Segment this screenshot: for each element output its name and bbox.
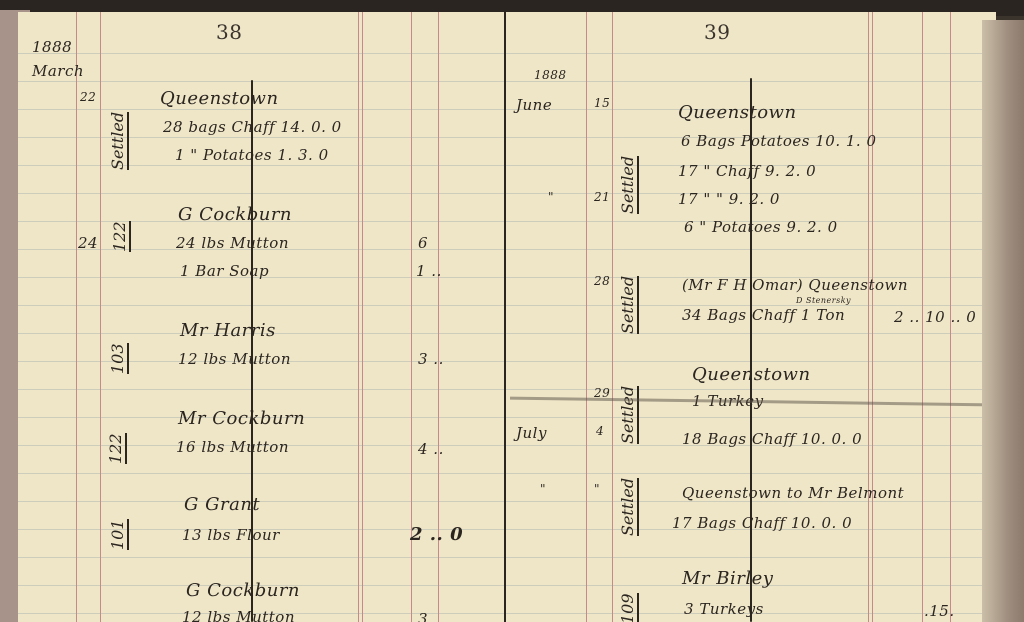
item-amount: 3 .. <box>418 350 444 368</box>
item-line: 12 lbs Mutton <box>182 608 295 622</box>
customer-name: G Grant <box>184 494 260 515</box>
pencil-line <box>750 78 752 622</box>
item-line: 6 " Potatoes 9. 2. 0 <box>684 218 838 236</box>
customer-name: Mr Cockburn <box>178 408 305 429</box>
item-amount: 2 .. 0 <box>410 524 463 545</box>
margin-rule <box>612 12 613 622</box>
customer-name: G Cockburn <box>186 580 300 601</box>
settled-stamp: Settled <box>618 478 639 536</box>
item-line: 18 Bags Chaff 10. 0. 0 <box>682 430 862 448</box>
item-line: 13 lbs Flour <box>182 526 280 544</box>
year: 1888 <box>534 68 567 82</box>
settled-stamp: Settled <box>618 156 639 214</box>
margin-rule <box>76 12 77 622</box>
item-line: 16 lbs Mutton <box>176 438 289 456</box>
item-line: 17 " " 9. 2. 0 <box>678 190 780 208</box>
customer-name: G Cockburn <box>178 204 292 225</box>
item-line: 17 Bags Chaff 10. 0. 0 <box>672 514 852 532</box>
year: 1888 <box>32 38 72 56</box>
item-line: 12 lbs Mutton <box>178 350 291 368</box>
customer-name: Mr Harris <box>180 320 276 341</box>
entry-month: " <box>548 190 554 204</box>
item-line: 3 Turkeys <box>684 600 764 618</box>
item-amount: 6 <box>418 234 428 252</box>
folio-number: 101 <box>108 519 129 550</box>
customer-name: (Mr F H Omar) Queenstown <box>682 276 908 294</box>
item-line: 34 Bags Chaff 1 Ton <box>682 306 845 324</box>
folio-number: 122 <box>106 433 127 464</box>
entry-day: " <box>594 482 600 496</box>
entry-month: June <box>516 96 552 114</box>
page-number: 38 <box>216 20 242 44</box>
entry-day: 21 <box>594 190 610 204</box>
settled-stamp: Settled <box>618 386 639 444</box>
torn-page-edge <box>982 20 1024 622</box>
folio-number: 122 <box>110 221 131 252</box>
entry-day: 4 <box>596 424 604 438</box>
item-line: 28 bags Chaff 14. 0. 0 <box>163 118 342 136</box>
item-line: 1 Bar Soap <box>180 262 269 280</box>
item-line: 17 " Chaff 9. 2. 0 <box>678 162 816 180</box>
entry-note: D Stenersky <box>796 296 851 305</box>
entry-day: 28 <box>594 274 610 288</box>
customer-name: Mr Birley <box>682 568 773 589</box>
customer-name: Queenstown <box>678 102 797 123</box>
item-line: 1 " Potatoes 1. 3. 0 <box>175 146 329 164</box>
column-rule <box>358 12 363 622</box>
item-line: 6 Bags Potatoes 10. 1. 0 <box>681 132 877 150</box>
entry-month: July <box>516 424 547 442</box>
entry-day: 22 <box>80 90 96 104</box>
folio-number: 103 <box>108 343 129 374</box>
customer-name: Queenstown to Mr Belmont <box>682 484 904 502</box>
item-amount: 2 .. 10 .. 0 <box>894 308 976 326</box>
item-amount: 1 .. <box>416 262 442 280</box>
folio-number: 109 <box>618 593 639 622</box>
margin-rule <box>100 12 101 622</box>
item-amount: 3 <box>418 610 428 622</box>
settled-stamp: Settled <box>108 112 129 170</box>
customer-name: Queenstown <box>692 364 811 385</box>
column-rule <box>868 12 873 622</box>
item-amount: 4 .. <box>418 440 444 458</box>
customer-name: Queenstown <box>160 88 279 109</box>
item-amount: .15. <box>924 602 955 620</box>
entry-day: 15 <box>594 96 610 110</box>
page-number: 39 <box>704 20 730 44</box>
margin-rule <box>586 12 587 622</box>
month: March <box>32 62 84 80</box>
entry-day: 24 <box>78 234 98 252</box>
ledger-page-left: 38 1888 March 22 Settled Queenstown 28 b… <box>18 12 506 622</box>
ledger-page-right: 39 1888 June 15 Settled Queenstown 6 Bag… <box>506 12 996 622</box>
settled-stamp: Settled <box>618 276 639 334</box>
entry-month: " <box>540 482 546 496</box>
item-line: 24 lbs Mutton <box>176 234 289 252</box>
